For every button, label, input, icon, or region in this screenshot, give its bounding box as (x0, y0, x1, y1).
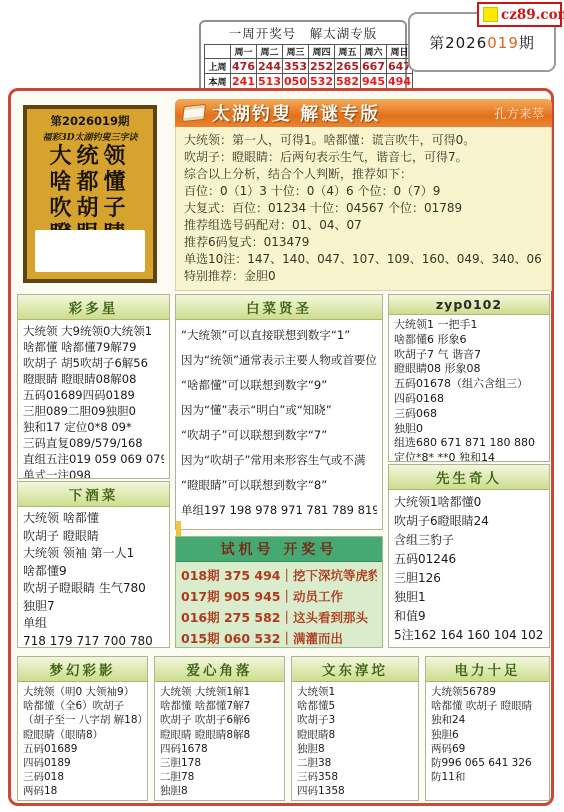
text-line: 啥都懂 吹胡子 瞪眼睛 (431, 699, 544, 713)
text-line: 五码01689四码0189 (23, 387, 164, 403)
text-line: 三码直复089/579/168 (23, 435, 164, 451)
panel-shiji: 试机号 开奖号 018期 375 494｜挖下深坑等虎豹017期 905 945… (175, 536, 383, 648)
text-line: 独和16 (160, 799, 279, 801)
text-line: 五码01678（组六含组三） (394, 377, 544, 392)
text-line: （胡子至一 八字胡 解18） (23, 713, 142, 727)
page: 一周开奖号 解太湖专版 周一周二周三周四周五周六周日上周476244353252… (0, 0, 564, 812)
text-line: 吹胡子 (27, 195, 153, 221)
text-line: 百位：0（1）3 十位：0（4）6 个位：0（7）9 (184, 183, 543, 200)
text-line: 大复式：百位：01234 十位：04567 个位：01789 (184, 200, 543, 217)
panel-dianli: 电力十足 大统领56789啥都懂 吹胡子 瞪眼睛独和24独胆6两码69防996 … (425, 656, 550, 801)
text-line: 吹胡子3 (297, 713, 413, 727)
text-line: 5注162 164 160 104 102 (394, 626, 544, 645)
text-line: 三胆089二胆09独胆0 (23, 403, 164, 419)
text-line: 独胆6 (431, 728, 544, 742)
draw-number: 667 (361, 59, 387, 74)
draw-number: 494 (387, 74, 413, 89)
text-line: 独胆1 (394, 588, 544, 607)
text-line: “大统领”可以直接联想到数字“1” (181, 323, 377, 348)
issue-hot: 019 (487, 34, 519, 52)
corner-cell (205, 45, 231, 59)
row-label: 本周 (205, 74, 231, 89)
text-line: 四码1358 (297, 784, 413, 798)
text-line: 吹胡子 胡5吹胡子6解56 (23, 355, 164, 371)
day-header: 周一 (231, 45, 257, 59)
text-line: 三胆178 (160, 756, 279, 770)
panel-aixin-title: 爱心角落 (155, 657, 284, 682)
text-line: 啥都懂6 形象6 (394, 333, 544, 348)
panel-aixin: 爱心角落 大统领 大统领1解1啥都懂 啥都懂7解7吹胡子 吹胡子6解6瞪眼睛 瞪… (154, 656, 285, 801)
text-line: 两码69 (431, 742, 544, 756)
panel-menghuan-body: 大统领（明0 大领袖9）啥都懂（全6）吹胡子（胡子至一 八字胡 解18）瞪眼睛（… (18, 682, 147, 801)
text-line: 瞪眼睛8 (297, 728, 413, 742)
weekly-draws-box: 一周开奖号 解太湖专版 周一周二周三周四周五周六周日上周476244353252… (199, 20, 407, 95)
golden-riddle-box: 第2026019期 福彩3D太湖钓叟三字诀 大统领啥都懂吹胡子瞪眼睛 (23, 105, 157, 283)
text-line: 瞪眼睛08 形象08 (394, 362, 544, 377)
text-line: 吹胡子瞪眼睛 生气780 (23, 580, 164, 598)
day-header: 周三 (283, 45, 309, 59)
text-line: “瞪眼睛”可以联想到数字“8” (181, 473, 377, 498)
text-line: 独胆8 (297, 742, 413, 756)
text-line: 017期 905 945｜动员工作 (181, 586, 377, 607)
text-line: 四码0189 (23, 756, 142, 770)
text-line: 016期 275 582｜这头看到那头 (181, 607, 377, 628)
text-line: 吹胡子 瞪眼睛 (23, 528, 164, 546)
panel-xiajiucai-title: 下酒菜 (18, 482, 169, 507)
text-line: 瞪眼睛 瞪眼睛8解8 (160, 728, 279, 742)
panel-baicai: 白菜贤圣 “大统领”可以直接联想到数字“1”因为“统领”通常表示主要人物或首要位… (175, 294, 383, 530)
draw-number: 513 (257, 74, 283, 89)
draw-number: 050 (283, 74, 309, 89)
text-line: 两码18 (23, 784, 142, 798)
draw-number: 532 (309, 74, 335, 89)
draw-number: 476 (231, 59, 257, 74)
text-line: 推荐组选号码配对：01、04、07 (184, 217, 543, 234)
text-line: 防996 065 641 326 (431, 756, 544, 770)
text-line: 独胆7 (23, 598, 164, 616)
analysis-body: 大统领：第一人，可得1。啥都懂：谎言吹牛，可得0。吹胡子：瞪眼睛：后两句表示生气… (175, 127, 552, 291)
issue-prefix: 第2026 (429, 34, 487, 52)
text-line: 啥都懂 (27, 169, 153, 195)
text-line: 含组三豹子 (394, 531, 544, 550)
text-line: 四码0168 (394, 392, 544, 407)
panel-baicai-body: “大统领”可以直接联想到数字“1”因为“统领”通常表示主要人物或首要位置。“啥都… (176, 320, 382, 526)
text-line: 大统领 啥都懂 (23, 510, 164, 528)
panel-xiansheng-title: 先生奇人 (389, 465, 549, 490)
day-header: 周四 (309, 45, 335, 59)
draw-number: 244 (257, 59, 283, 74)
text-line: 五码01689 (23, 742, 142, 756)
main-frame: 第2026019期 福彩3D太湖钓叟三字诀 大统领啥都懂吹胡子瞪眼睛 太湖钓叟 … (8, 88, 554, 806)
panel-dianli-title: 电力十足 (426, 657, 549, 682)
draw-number: 582 (335, 74, 361, 89)
text-line: 因为“吹胡子”常用来形容生气或不满 (181, 448, 377, 473)
analysis-header: 太湖钓叟 解谜专版 孔方来萃 (175, 99, 552, 127)
text-line: 吹胡子7 气 谐音7 (394, 348, 544, 363)
draw-number: 252 (309, 59, 335, 74)
text-line: 综合以上分析，结合个人判断，推荐如下： (184, 166, 543, 183)
analysis-title: 太湖钓叟 解谜专版 (212, 100, 380, 126)
text-line: 独胆8 组选两注018 189 (23, 799, 142, 801)
text-line: 直组五注019 059 069 079 089 (23, 451, 164, 467)
text-line: 防11和 (431, 770, 544, 784)
text-line: 三码358 (297, 770, 413, 784)
text-line: 二胆38 (297, 756, 413, 770)
panel-menghuan: 梦幻彩影 大统领（明0 大领袖9）啥都懂（全6）吹胡子（胡子至一 八字胡 解18… (17, 656, 148, 801)
text-line: 特别推荐：金胆0 (184, 268, 543, 285)
panel-xiajiucai: 下酒菜 大统领 啥都懂吹胡子 瞪眼睛大统领 领袖 第一人1啥都懂9吹胡子瞪眼睛 … (17, 481, 170, 648)
panel-dianli-body: 大统领56789啥都懂 吹胡子 瞪眼睛独和24独胆6两码69防996 065 6… (426, 682, 549, 787)
logo-square-icon (483, 7, 498, 22)
text-line: “吹胡子”可以联想到数字“7” (181, 423, 377, 448)
golden-subtitle: 福彩3D太湖钓叟三字诀 (27, 130, 153, 143)
text-line: 啥都懂5 (297, 699, 413, 713)
text-line: 瞪眼睛（眼睛8） (23, 728, 142, 742)
text-line: 独和24 (431, 713, 544, 727)
text-line: “啥都懂”可以联想到数字“9” (181, 373, 377, 398)
text-line: 啥都懂 啥都懂7解7 (160, 699, 279, 713)
row-label: 上周 (205, 59, 231, 74)
text-line: 大统领1 一把手1 (394, 318, 544, 333)
panel-wendong: 文东淳坨 大统领1啥都懂5吹胡子3瞪眼睛8独胆8二胆38三码358四码1358 (291, 656, 419, 801)
text-line: 718 179 717 700 780 (23, 633, 164, 649)
day-header: 周五 (335, 45, 361, 59)
text-line: 单组 (23, 615, 164, 633)
panel-zyp0102: zyp0102 大统领1 一把手1啥都懂6 形象6吹胡子7 气 谐音7瞪眼睛08… (388, 294, 550, 462)
golden-issue: 第2026019期 (27, 113, 153, 129)
text-line: 三码018 (23, 770, 142, 784)
panel-aixin-body: 大统领 大统领1解1啥都懂 啥都懂7解7吹胡子 吹胡子6解6瞪眼睛 瞪眼睛8解8… (155, 682, 284, 801)
text-line: 单选10注：147、140、047、107、109、160、049、340、06… (184, 251, 543, 268)
text-line: 大统领56789 (431, 685, 544, 699)
blank-area (35, 230, 145, 272)
panel-xiansheng: 先生奇人 大统领1啥都懂0吹胡子6瞪眼睛24含组三豹子五码01246三胆126独… (388, 464, 550, 648)
text-line: 独和17 定位0*8 09* (23, 419, 164, 435)
text-line: 和值9 (394, 607, 544, 626)
text-line: 单组197 198 978 971 781 789 819 817 (181, 498, 377, 523)
text-line: 大统领1 (297, 685, 413, 699)
text-line: 四码1678 (160, 742, 279, 756)
text-line: 定位*8* **0 独和14 (394, 451, 544, 462)
day-header: 周二 (257, 45, 283, 59)
panel-wendong-body: 大统领1啥都懂5吹胡子3瞪眼睛8独胆8二胆38三码358四码1358 (292, 682, 418, 801)
panel-zyp0102-title: zyp0102 (389, 295, 549, 315)
panel-menghuan-title: 梦幻彩影 (18, 657, 147, 682)
draw-number: 353 (283, 59, 309, 74)
text-line: 大统领（明0 大领袖9） (23, 685, 142, 699)
panel-caiduoxing-body: 大统领 大9统领0大统领1啥都懂 啥都懂79解79吹胡子 胡5吹胡子6解56瞪眼… (18, 320, 169, 479)
draw-number: 241 (231, 74, 257, 89)
text-line: 吹胡子 吹胡子6解6 (160, 713, 279, 727)
panel-baicai-title: 白菜贤圣 (176, 295, 382, 320)
text-line: 组选680 671 871 180 880 (394, 436, 544, 451)
text-line: 推荐6码复式：013479 (184, 234, 543, 251)
text-line: 大统领 大9统领0大统领1 (23, 323, 164, 339)
text-line: 015期 060 532｜满灌而出 (181, 628, 377, 648)
text-line: 大统领 (27, 143, 153, 169)
text-line: 018期 375 494｜挖下深坑等虎豹 (181, 565, 377, 586)
issue-number: 第2026019期 (410, 32, 554, 53)
draw-number: 945 (361, 74, 387, 89)
text-line: 三码068 (394, 407, 544, 422)
panel-caiduoxing: 彩多星 大统领 大9统领0大统领1啥都懂 啥都懂79解79吹胡子 胡5吹胡子6解… (17, 294, 170, 479)
logo-text: cz89.com (501, 7, 564, 23)
panel-shiji-body: 018期 375 494｜挖下深坑等虎豹017期 905 945｜动员工作016… (176, 562, 382, 648)
text-line: 大统领 领袖 第一人1 (23, 545, 164, 563)
text-line: 大统领：第一人，可得1。啥都懂：谎言吹牛，可得0。 (184, 132, 543, 149)
text-line: 大统领1啥都懂0 (394, 493, 544, 512)
text-line: 吹胡子6瞪眼睛24 (394, 512, 544, 531)
text-line: 三胆126 (394, 569, 544, 588)
text-line: 瞪眼睛 瞪眼睛08解08 (23, 371, 164, 387)
panel-zyp0102-body: 大统领1 一把手1啥都懂6 形象6吹胡子7 气 谐音7瞪眼睛08 形象08五码0… (389, 315, 549, 462)
text-line: 独胆0 (394, 422, 544, 437)
weekly-draws-title: 一周开奖号 解太湖专版 (204, 24, 402, 42)
text-line: 吹胡子：瞪眼睛：后两句表示生气，谐音七，可得7。 (184, 149, 543, 166)
panel-xiansheng-body: 大统领1啥都懂0吹胡子6瞪眼睛24含组三豹子五码01246三胆126独胆1和值9… (389, 490, 549, 648)
day-header: 周六 (361, 45, 387, 59)
text-line: 独胆8 (160, 784, 279, 798)
analysis-panel: 太湖钓叟 解谜专版 孔方来萃 大统领：第一人，可得1。啥都懂：谎言吹牛，可得0。… (175, 99, 552, 291)
text-line: 单式一注098 (23, 467, 164, 479)
panel-wendong-title: 文东淳坨 (292, 657, 418, 682)
text-line: 大统领 大统领1解1 (160, 685, 279, 699)
draw-number: 265 (335, 59, 361, 74)
text-line: 五码01246 (394, 550, 544, 569)
site-logo[interactable]: cz89.com (477, 2, 562, 27)
text-line: 二胆78 (160, 770, 279, 784)
panel-caiduoxing-title: 彩多星 (18, 295, 169, 320)
text-line: 啥都懂（全6）吹胡子 (23, 699, 142, 713)
panel-xiajiucai-body: 大统领 啥都懂吹胡子 瞪眼睛大统领 领袖 第一人1啥都懂9吹胡子瞪眼睛 生气78… (18, 507, 169, 648)
text-line: 因为“统领”通常表示主要人物或首要位置。 (181, 348, 377, 373)
panel-shiji-title: 试机号 开奖号 (176, 537, 382, 562)
issue-suffix: 期 (519, 34, 535, 52)
scroll-icon (182, 104, 206, 122)
text-line: 啥都懂9 (23, 563, 164, 581)
text-line: 因为“懂”表示“明白”或“知晓” (181, 398, 377, 423)
text-line: 啥都懂 啥都懂79解79 (23, 339, 164, 355)
week-table: 周一周二周三周四周五周六周日上周476244353252265667647本周2… (204, 44, 413, 89)
analysis-author: 孔方来萃 (494, 104, 544, 122)
